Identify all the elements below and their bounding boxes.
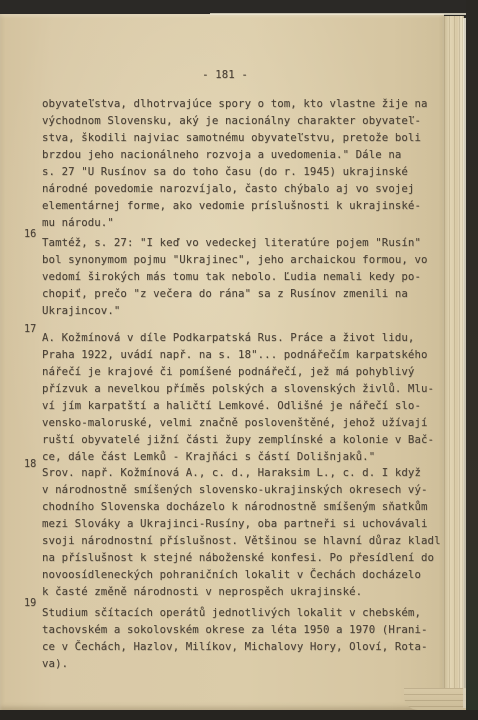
footnote-text-18: Srov. např. Kožmínová A., c. d., Haraksi… — [42, 464, 441, 600]
page-top-edge — [210, 13, 466, 15]
page-edge-stack-bottom — [404, 688, 466, 710]
footnote-number-19: 19 — [24, 598, 36, 610]
footnote-number-17: 17 — [24, 324, 36, 336]
scan-bottom-band — [0, 710, 478, 720]
book-cover-edge — [466, 0, 478, 720]
page-number: - 181 - — [0, 66, 450, 83]
scanned-book-page: - 181 - obyvateľstva, dlhotrvajúce spory… — [0, 0, 478, 720]
footnote-text-17: A. Kožmínová v díle Podkarpatská Rus. Pr… — [42, 329, 434, 465]
footnote-number-16: 16 — [24, 229, 36, 241]
body-paragraph: obyvateľstva, dlhotrvajúce spory o tom, … — [42, 95, 428, 231]
footnote-number-18: 18 — [24, 459, 36, 471]
footnote-text-19: Studium sčítacích operátů jednotlivých l… — [42, 604, 428, 672]
footnote-text-16: Tamtéž, s. 27: "I keď vo vedeckej litera… — [42, 234, 428, 319]
page-edge-stack — [444, 16, 464, 712]
